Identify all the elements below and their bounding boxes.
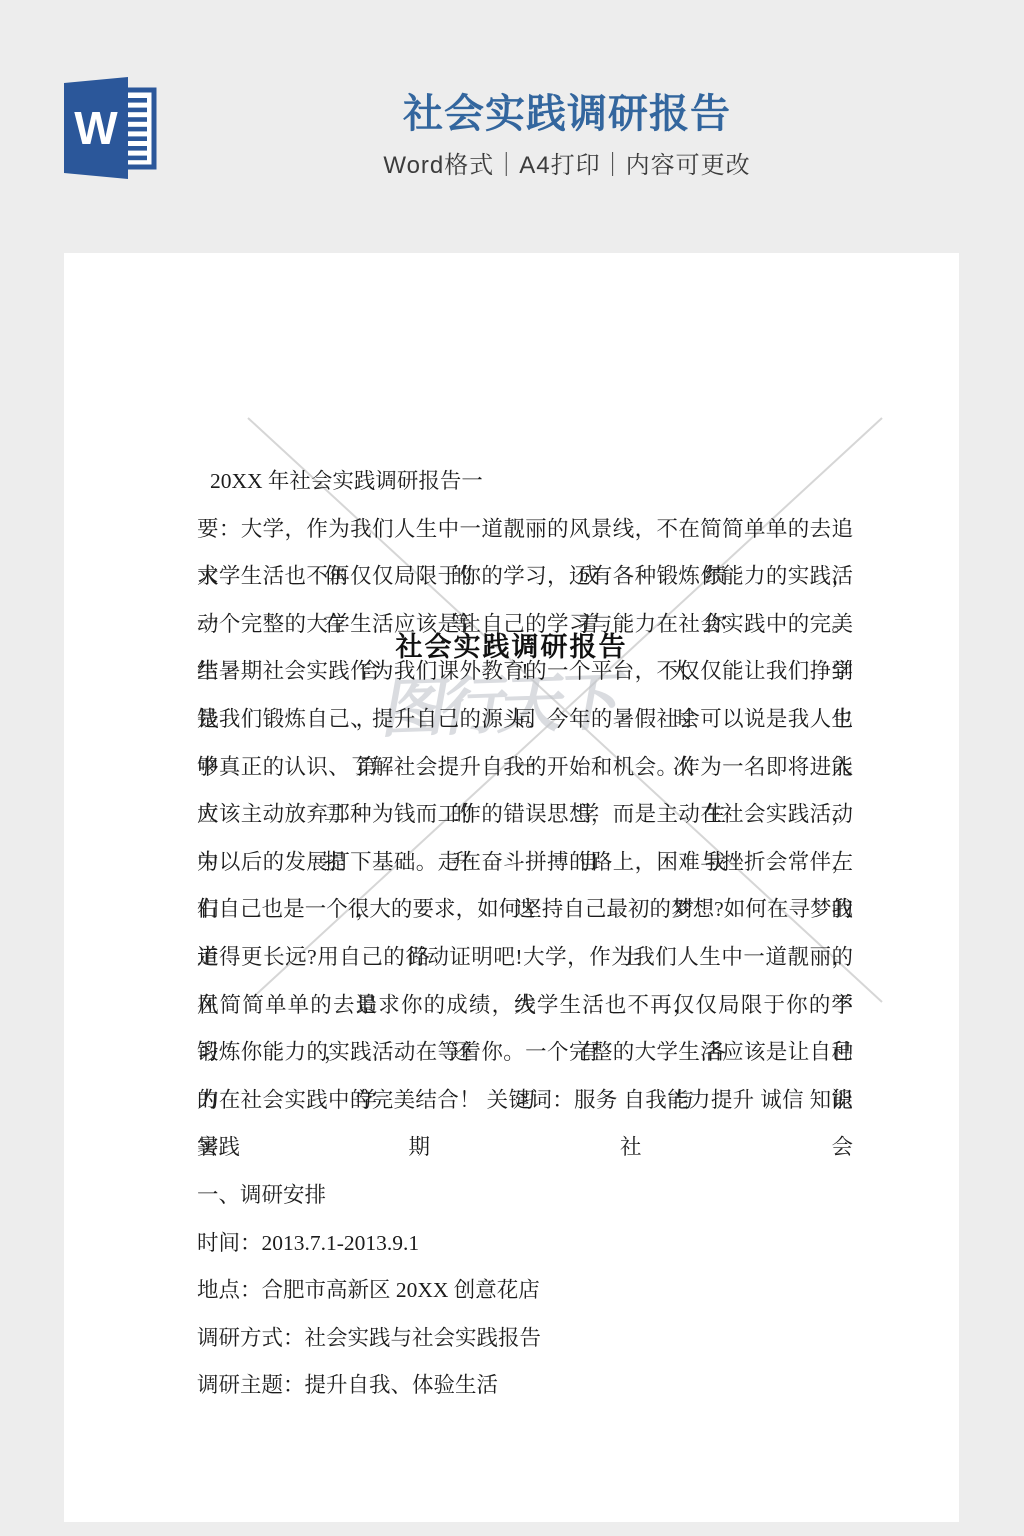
document-line: 在简简单单的去追求你的成绩，大学生活也不再仅仅局限于你的学习，还有各种 xyxy=(197,982,853,1030)
document-line: 走得更长远?用自己的行动证明吧!大学，作为我们人生中一道靓丽的风景线，不 xyxy=(197,934,853,982)
document-body: 20XX 年社会实践调研报告一 要：大学，作为我们人生中一道靓丽的风景线，不在简… xyxy=(197,458,853,1410)
template-subtitle: Word格式｜A4打印｜内容可更改 xyxy=(110,152,1024,180)
document-line: 要：大学，作为我们人生中一道靓丽的风景线，不在简简单单的去追求你的成绩， xyxy=(197,506,853,554)
document-line: 够真正的认识、了解社会提升自我的开始和机会。作为一名即将进入大二的学生， xyxy=(197,744,853,792)
document-line: 为以后的发展打下基础。走在奋斗拼搏的路上，困难与挫折会常伴左右，这对我 xyxy=(197,839,853,887)
document-page: 图行天下 社会实践调研报告 20XX 年社会实践调研报告一 要：大学，作为我们人… xyxy=(64,253,959,1522)
document-line: 生暑期社会实践作为我们课外教育的一个平台，不仅仅能让我们挣到钱，同时也 xyxy=(197,648,853,696)
document-line: 地点：合肥市高新区 20XX 创意花店 xyxy=(197,1267,853,1315)
document-line: 应该主动放弃那种为钱而工作的错误思想，而是主动在社会实践活动中提升自我， xyxy=(197,791,853,839)
header-text-block: 社会实践调研报告 Word格式｜A4打印｜内容可更改 xyxy=(110,0,1024,180)
document-line: 们自己也是一个很大的要求，如何坚持自己最初的梦想?如何在寻梦的道路上， xyxy=(197,886,853,934)
document-line: 一、调研安排 xyxy=(197,1172,853,1220)
document-line: 调研方式：社会实践与社会实践报告 xyxy=(197,1315,853,1363)
document-line: 一个完整的大学生活应该是让自己的学习与能力在社会实践中的完美结合!大学 xyxy=(197,601,853,649)
document-line: 锻炼你能力的实践活动在等着你。一个完整的大学生活应该是让自己的学习与能 xyxy=(197,1029,853,1077)
template-title: 社会实践调研报告 xyxy=(110,90,1024,138)
document-line: 调研主题：提升自我、体验生活 xyxy=(197,1362,853,1410)
document-line: 20XX 年社会实践调研报告一 xyxy=(197,458,853,506)
document-line: 是我们锻炼自己、提升自己的源头。今年的暑假社会可以说是我人生中第一次能 xyxy=(197,696,853,744)
document-line: 力在社会实践中的完美结合！ 关键词：服务 自我能力提升 诚信 知识 暑期社会 xyxy=(197,1077,853,1125)
document-line: 大学生活也不再仅仅局限于你的学习，还有各种锻炼你能力的实践活动在等着你。 xyxy=(197,553,853,601)
page-header: W 社会实践调研报告 Word格式｜A4打印｜内容可更改 xyxy=(0,0,1024,253)
document-line: 时间：2013.7.1-2013.9.1 xyxy=(197,1220,853,1268)
